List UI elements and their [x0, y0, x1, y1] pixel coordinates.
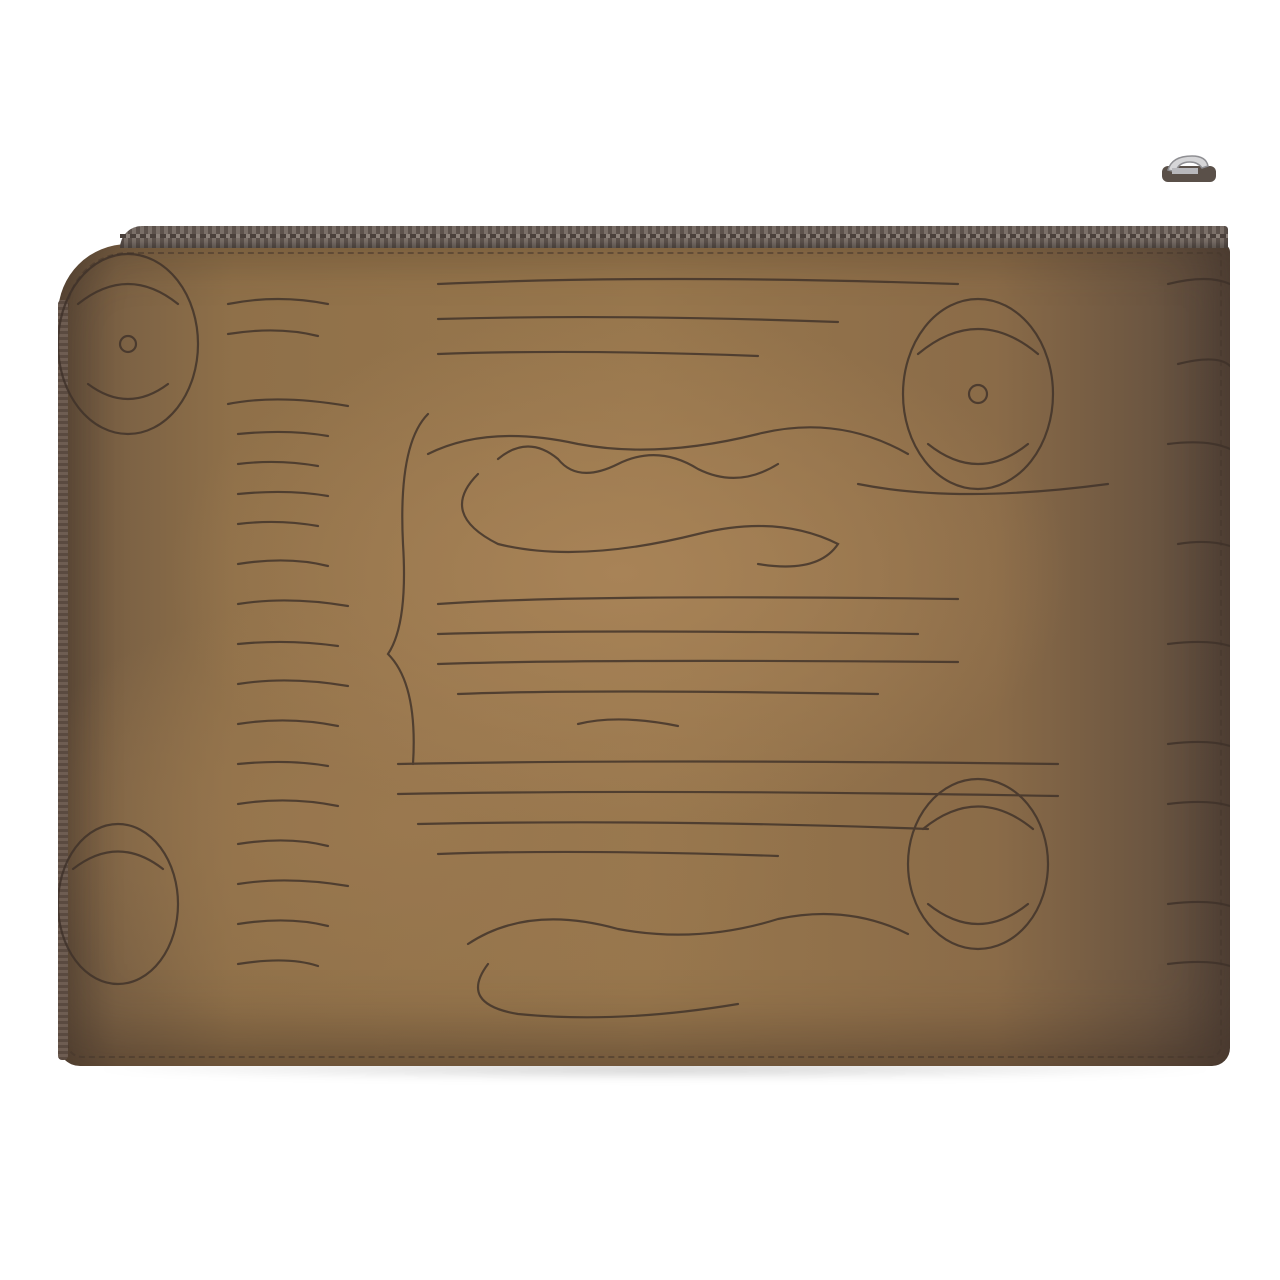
- calligraphy-engraving: [58, 244, 1230, 1066]
- crown-crest-icon: [58, 824, 178, 984]
- zipper-pull-icon: [1162, 152, 1216, 184]
- product-photo: [0, 0, 1280, 1280]
- crown-crest-icon: [908, 779, 1048, 949]
- crown-crest-icon: [58, 254, 198, 434]
- crown-crest-icon: [903, 299, 1053, 489]
